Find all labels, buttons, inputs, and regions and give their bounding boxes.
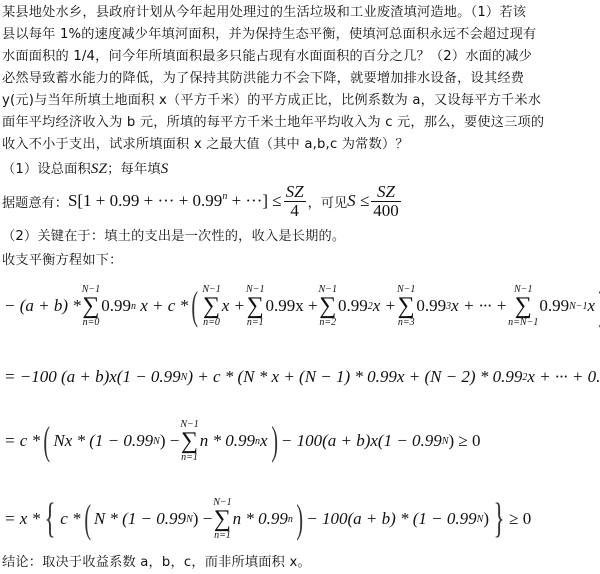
right-paren: ) xyxy=(296,499,303,539)
problem-line-2: 县以每年 1%的速度减少年填河面积，并为保持生态平衡，使填河总面积永远不会超过现… xyxy=(2,24,536,46)
sum-symbol: N−1∑n=0 xyxy=(202,284,220,328)
left-paren: ( xyxy=(84,499,91,539)
right-brace: } xyxy=(494,498,505,540)
problem-line-3: 水面面积的 1/4，问今年所填面积最多只能占现有水面面积的百分之几？（2）水面的… xyxy=(2,46,532,68)
left-paren: ( xyxy=(43,421,50,461)
problem-line-1: 某县地处水乡，县政府计划从今年起用处理过的生活垃圾和工业废渣填河造地。（1）若该 xyxy=(2,2,526,24)
fraction-sz-over-400: SZ400 xyxy=(371,183,401,220)
sum-symbol: N−1∑n=0 xyxy=(82,284,100,328)
problem-line-5: y(元)与当年所填土地面积 x（平方千米）的平方成正比，比例系数为 a，又设每平… xyxy=(2,90,541,112)
sum-symbol: N−1∑n=1 xyxy=(246,284,264,328)
conclusion: 结论：取决于收益系数 a，b，c，而非所填面积 x。 xyxy=(2,552,311,574)
right-paren: ) xyxy=(271,421,278,461)
equation-3: = c * ( Nx * (1 − 0.99N) − N−1∑n=1 n * 0… xyxy=(4,410,480,472)
part1-setup: （1）设总面积SZ；每年填S xyxy=(2,158,168,181)
sum-symbol: N−1∑n=2 xyxy=(319,284,337,328)
part2-key-point: （2）关键在于：填土的支出是一次性的，收入是长期的。 xyxy=(2,226,345,248)
fraction-sz-over-4: SZ4 xyxy=(284,183,306,220)
left-brace: { xyxy=(45,498,56,540)
balance-equation-title: 收支平衡方程如下： xyxy=(2,250,123,272)
sum-symbol: N−1∑n=N−1 xyxy=(508,284,538,328)
part1-inequality: 据题意有： S[1 + 0.99 + ··· + 0.99n + ···] ≤ … xyxy=(2,180,403,222)
equation-2: = −100 (a + b)x(1 − 0.99N) + c * (N * x … xyxy=(4,360,600,394)
left-paren: ( xyxy=(191,286,198,326)
problem-line-6: 面年平均经济收入为 b 元，所填的每平方千米土地年平均收入为 c 元，那么，要使… xyxy=(2,112,544,134)
sum-symbol: N−1∑n=1 xyxy=(180,419,198,463)
equation-1: − (a + b) * N−1∑n=0 0.99n x + c * ( N−1∑… xyxy=(4,270,600,342)
equation-4: = x * { c * ( N * (1 − 0.99N) − N−1∑n=1 … xyxy=(4,488,531,550)
sum-symbol: N−1∑n=3 xyxy=(397,284,415,328)
problem-line-4: 必然导致蓄水能力的降低，为了保持其防洪能力不会下降，就要增加排水设备，设其经费 xyxy=(2,68,524,90)
problem-line-7: 收入不小于支出，试求所填面积 x 之最大值（其中 a,b,c 为常数）？ xyxy=(2,134,409,156)
sum-symbol: N−1∑n=1 xyxy=(213,497,231,541)
